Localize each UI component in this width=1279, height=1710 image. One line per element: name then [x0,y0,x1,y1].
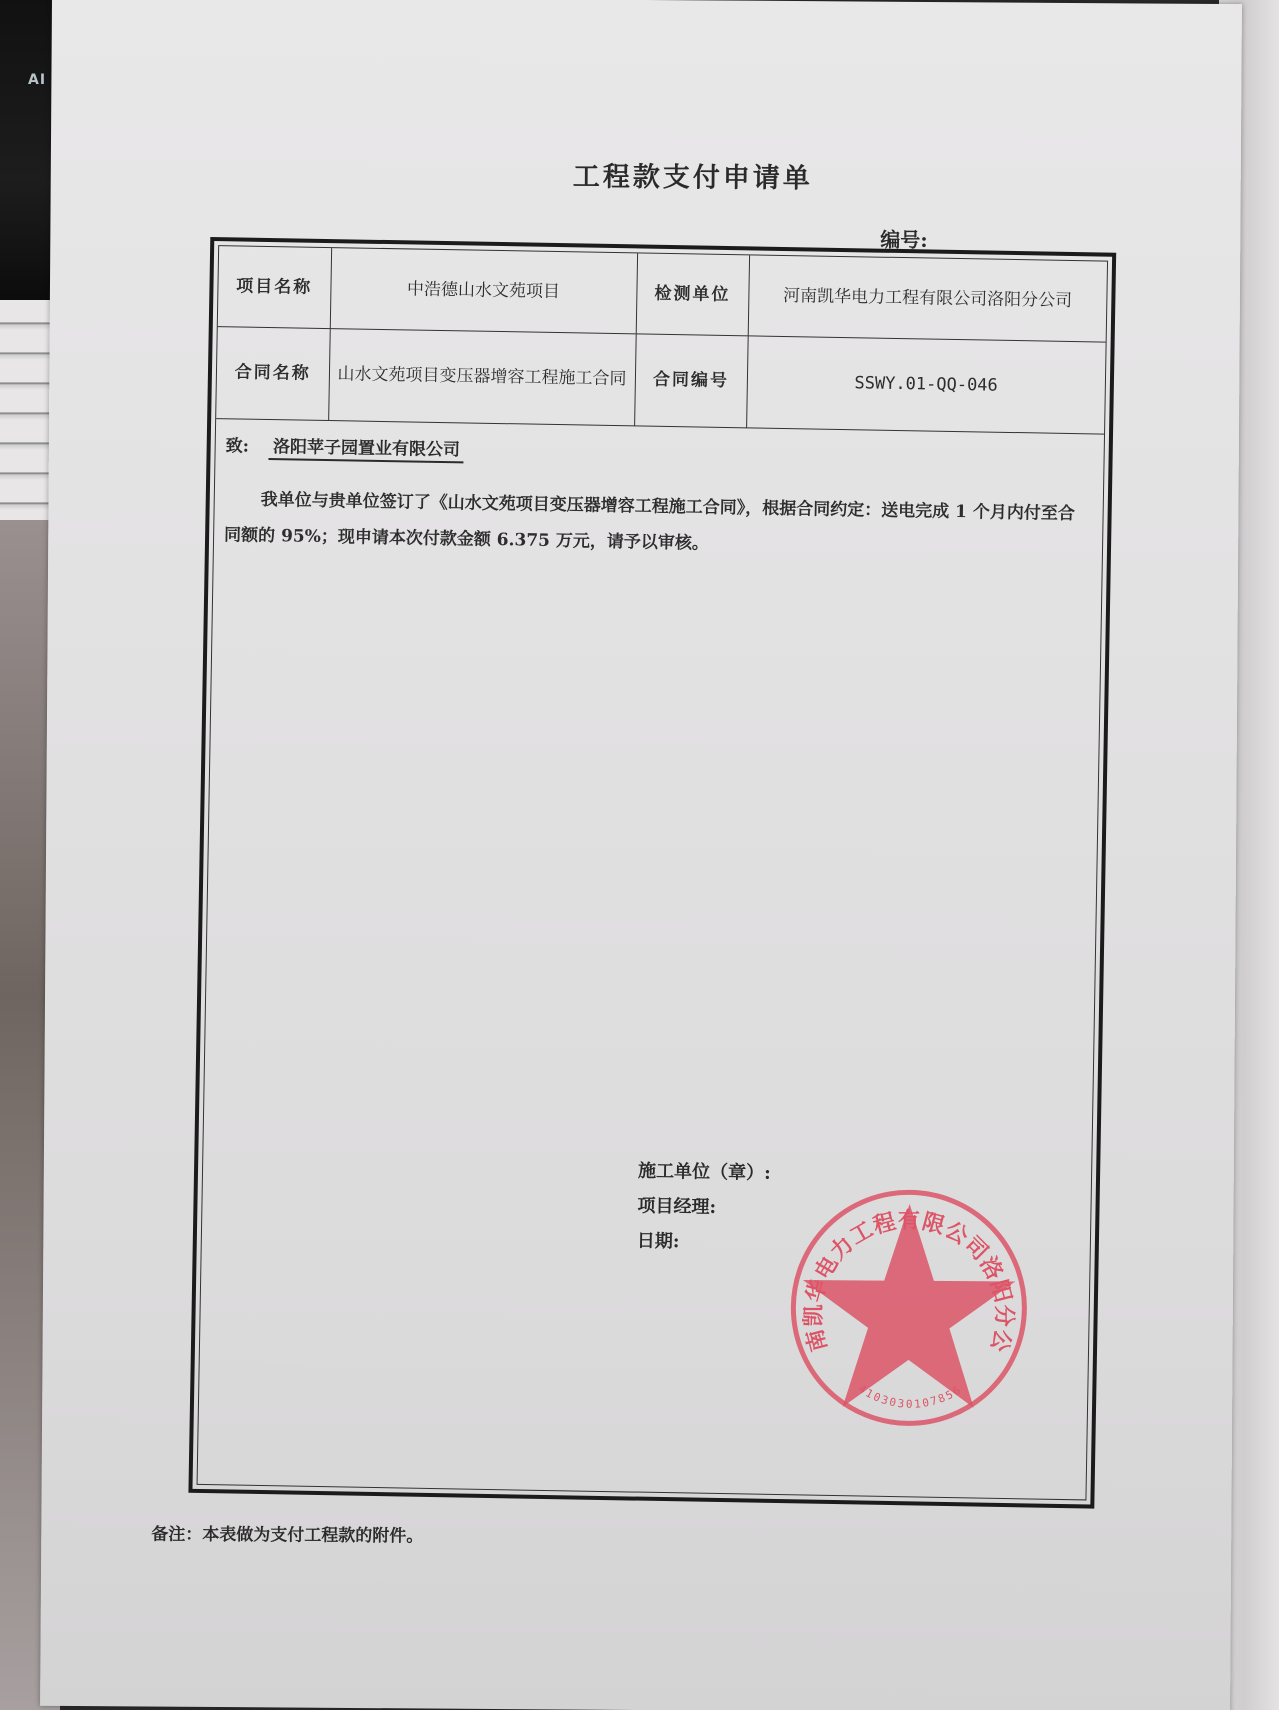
addressee-line: 致:洛阳苹子园置业有限公司 [225,431,464,463]
project-manager-label: 项目经理: [637,1189,770,1226]
company-seal: 河南凯华电力工程有限公司洛阳分公司 4103030107856 [790,1189,1028,1427]
inspection-unit-label: 检测单位 [636,253,749,335]
project-info-table: 项目名称 中浩德山水文苑项目 检测单位 河南凯华电力工程有限公司洛阳分公司 合同… [216,246,1107,434]
star-icon [795,1194,1023,1422]
project-name-label: 项目名称 [218,246,331,328]
application-body: 我单位与贵单位签订了《山水文苑项目变压器增容工程施工合同》，根据合同约定：送电完… [224,481,1085,568]
contract-number-label: 合同编号 [634,333,748,427]
date-label: 日期: [637,1224,770,1261]
remark-note: 备注：本表做为支付工程款的附件。 [151,1520,423,1547]
signature-block: 施工单位（章）: 项目经理: 日期: [637,1154,771,1261]
document-sheet: 工程款支付申请单 编号: 项目名称 中浩德山水文苑项目 检测单位 河南凯华电力工… [40,0,1242,1710]
table-row: 合同名称 山水文苑项目变压器增容工程施工合同 合同编号 SSWY.01-QQ-0… [216,326,1105,433]
contract-name-label: 合同名称 [216,326,330,420]
inspection-unit-value: 河南凯华电力工程有限公司洛阳分公司 [748,255,1107,341]
project-name-value: 中浩德山水文苑项目 [330,248,637,333]
device-label: AI [28,72,46,88]
addressee-prefix: 致: [226,436,250,456]
contract-number-value: SSWY.01-QQ-046 [746,335,1106,433]
addressee-name: 洛阳苹子园置业有限公司 [269,432,464,463]
contractor-seal-label: 施工单位（章）: [638,1154,771,1191]
document-title: 工程款支付申请单 [573,154,813,195]
table-row: 项目名称 中浩德山水文苑项目 检测单位 河南凯华电力工程有限公司洛阳分公司 [218,246,1107,341]
contract-name-value: 山水文苑项目变压器增容工程施工合同 [328,328,636,425]
